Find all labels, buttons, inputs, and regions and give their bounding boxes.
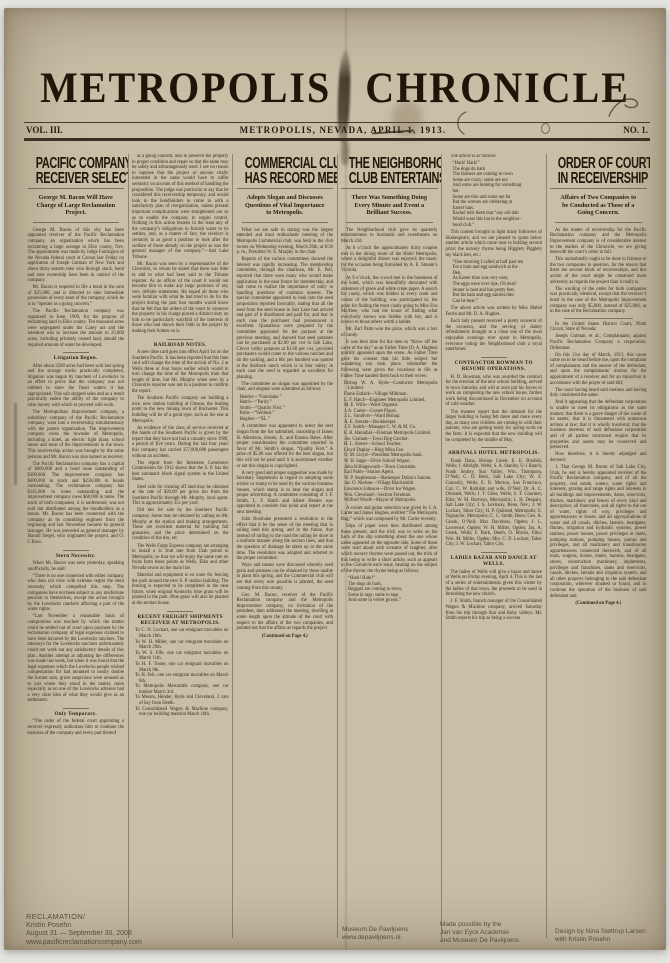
poem-line: hood club.”: [446, 223, 543, 229]
body-paragraph: A committee was appointed to select the …: [237, 424, 334, 469]
body-paragraph: The Pacific Reclamation company was orga…: [28, 309, 125, 348]
body-paragraph: A very good and proper suggestion was ma…: [237, 471, 334, 516]
body-paragraph: Old ties for sale by the Southern Pacifi…: [132, 508, 229, 542]
headline-line: IN RECEIVERSHIP: [558, 168, 639, 186]
exhibition-title: RECLAMATION/: [26, 913, 142, 922]
body-paragraph: As the matter of receivership for the Pa…: [550, 228, 647, 256]
list-item: To H. F. Toone, one car emigrant movable…: [132, 662, 229, 673]
poem-line: And some in velvet gowns.”: [341, 598, 438, 604]
list-item: To W. S. Fife, one car emigrant movables…: [132, 651, 229, 662]
masthead-title: METROPOLIS CHRONICLE: [4, 64, 666, 112]
body-paragraph: The Neighborhood club gave its quarterly…: [341, 228, 438, 245]
body-paragraph: Mr. Bacon was seen by a representative o…: [132, 262, 229, 335]
body-paragraph: Reports of the various committees showed…: [237, 257, 334, 380]
body-paragraph: H. D. Bowman, who was awarded the contra…: [446, 375, 543, 409]
credit-design: Design by Nina Støttrup Larsen with Kris…: [555, 928, 646, 944]
article-headline: ORDER OF COURTIN RECEIVERSHIP: [550, 154, 647, 189]
article-headline: THE NEIGHBORHOODCLUB ENTERTAINS: [341, 154, 438, 189]
article-subhead: Affairs of Two Companies to be Conducted…: [555, 193, 642, 223]
co-designer-name: with Kristin Posehn: [555, 936, 646, 944]
poem-line: Can be beat.”: [446, 299, 543, 305]
body-paragraph: as a going concern; also to preserve the…: [132, 154, 229, 260]
dateline-bar: VOL. III. METROPOLIS, NEVADA, APRIL 1, 1…: [24, 122, 650, 141]
volume-label: VOL. III.: [26, 125, 63, 135]
issue-label: NO. 1.: [623, 125, 648, 135]
news-column-6: ORDER OF COURTIN RECEIVERSHIPAffairs of …: [546, 154, 651, 938]
headline-line: RECEIVER SELECTED: [35, 168, 116, 186]
article-headline: PACIFIC COMPANYRECEIVER SELECTED: [28, 154, 125, 189]
list-item: To Metropolis Mercantile company, one ca…: [132, 684, 229, 695]
article-subhead: Adopts Slogan and Discusses Questions of…: [242, 193, 329, 223]
museum-name: Museum De Paviljoens: [342, 926, 408, 934]
body-paragraph: Mr. Bacon is required to file a bond in …: [28, 285, 125, 307]
body-paragraph: Ways and means were discussed whereby se…: [237, 563, 334, 591]
margin-pen-mark: [14, 403, 17, 485]
list-item: Bishop W. A. Hyde—Conductor Metropolis L…: [341, 381, 438, 392]
body-paragraph: A cornet and guitar selection was given …: [341, 506, 438, 523]
body-paragraph: Steel rails for clearing off land may be…: [132, 485, 229, 507]
academie-name: Jan van Eyck Academie: [440, 929, 519, 937]
exhibition-dates: August 31 — September 30, 2008: [26, 930, 142, 939]
columns: PACIFIC COMPANYRECEIVER SELECTEDGeorge M…: [24, 154, 650, 938]
body-paragraph: Mr. Earl Palm won the prize, which was a…: [341, 327, 438, 338]
artist-name: Kristin Posehn: [26, 922, 142, 931]
dateline-text: METROPOLIS, NEVADA, APRIL 1, 1913.: [240, 125, 447, 135]
designer-name: Design by Nina Støttrup Larsen: [555, 928, 646, 936]
poem-lines: “One morning I called at half past tenFo…: [446, 260, 543, 305]
poem-lines: “Hark! Hark!”The dogs do barkThe farmers…: [446, 161, 543, 228]
list-item: To W. H. Miller, one car emigrant movabl…: [132, 640, 229, 651]
body-paragraph: 1. That George M. Bacon of Salt Lake Cit…: [550, 465, 647, 599]
article-headline: COMMERCIAL CLUBHAS RECORD MEET: [237, 154, 334, 189]
museum-url: www.depaviljoens.nl: [342, 934, 408, 942]
museum-name-2: and Museum De Paviljoens: [440, 937, 519, 945]
body-paragraph: Each lady present received a pretty souv…: [446, 319, 543, 353]
headline-line: HAS RECORD MEET: [244, 168, 325, 186]
continued-notice: (Continued on Page 4.): [237, 634, 334, 640]
body-paragraph: Geo. M. Bacon, receiver of the Pacific R…: [237, 593, 334, 632]
list-item: Hughes—“XL.”: [237, 417, 334, 423]
list-item: To Messrs, Hender, Hyde and Cleveland, 2…: [132, 695, 229, 706]
body-paragraph: After about 2500 acres had been sold las…: [28, 364, 125, 409]
article-subhead: George M. Bacon Will Have Charge of Larg…: [33, 193, 120, 223]
body-paragraph: The wording of the order for both compan…: [550, 287, 647, 315]
body-paragraph: John Bosshake presented a resolution to …: [237, 517, 334, 562]
newspaper-page: METROPOLIS CHRONICLE VOL. III. METROPOLI…: [4, 8, 666, 950]
body-paragraph: The report from the Interstate Commerce …: [132, 461, 229, 483]
body-paragraph: “There is no one connected with either c…: [28, 574, 125, 613]
list-item: To C. N. Lockart, one car emigrant movab…: [132, 628, 229, 639]
news-column-2: as a going concern; also to preserve the…: [128, 154, 233, 938]
list-item: Wilford Woolf—Mayor of Metropolis.: [341, 498, 438, 504]
section-heading: Stern Necessity.: [28, 550, 125, 559]
body-paragraph: It was then time for the men to “throw o…: [341, 340, 438, 379]
body-paragraph: The Southern Pacific company are buildin…: [132, 396, 229, 424]
continued-notice: (Continued on Page 4.): [550, 601, 647, 607]
body-paragraph: George M. Bacon of this city has been ap…: [28, 228, 125, 284]
made-possible-line: Made possible by the: [440, 921, 519, 929]
poem-lines: “Hark! Hark!”The dogs do bark,Beggars ar…: [341, 576, 438, 604]
body-paragraph: The Metropolitan Improvement company, a …: [28, 410, 125, 460]
body-paragraph: J. F. Smith, branch manager of the Conso…: [446, 599, 543, 621]
body-paragraph: The trustees report that the demand for …: [446, 410, 543, 444]
headline-line: CLUB ENTERTAINS: [349, 168, 430, 186]
body-paragraph: Frank Dana, Bishop Creek; E. E. Bredish,…: [446, 459, 543, 549]
news-column-3: COMMERCIAL CLUBHAS RECORD MEETAdopts Slo…: [232, 154, 337, 938]
section-heading: RECENT FREIGHT SHIPMENTS RECEIVED AT MET…: [132, 611, 229, 627]
section-heading: ARRIVALS HOTEL METROPOLIS.: [446, 447, 543, 456]
body-paragraph: Material and equipment is en route for f…: [132, 573, 229, 607]
body-paragraph: When Mr. Bacon was seen yesterday, speak…: [28, 561, 125, 572]
section-heading: Litigation Begun.: [28, 352, 125, 361]
list-item: E. R. Hannibal—Fireman Metropolis Limite…: [341, 431, 438, 437]
body-paragraph: Now therefore, it is hereby adjudged and…: [550, 452, 647, 463]
exhibition-url: www.pacificreclamationcompany.com: [26, 939, 142, 948]
body-paragraph: This undoubtedly ought to be done in fai…: [550, 257, 647, 285]
body-paragraph: What we are safe in stating was the larg…: [237, 228, 334, 256]
body-paragraph: At 8 o’clock the approximately thirty co…: [341, 246, 438, 274]
section-heading: CONTRACTOR BOWMAN TO RESUME OPERATIONS.: [446, 357, 543, 373]
divider-rule: [564, 318, 633, 319]
body-paragraph: Slips of paper were then distributed amo…: [341, 524, 438, 574]
credit-made-possible: Made possible by the Jan van Eyck Academ…: [440, 921, 519, 946]
body-paragraph: On this 21st day of March, 1913, this ca…: [550, 353, 647, 387]
screenshot-root: { "masthead": { "title": "METROPOLIS CHR…: [0, 0, 670, 963]
article-subhead: There Was Something Doing Every Minute a…: [346, 193, 433, 223]
body-paragraph: As evidence of the class of service rece…: [132, 426, 229, 460]
body-paragraph: Joseph Gutman, et al., Complainants, aga…: [550, 334, 647, 351]
list-item: To Consolidated Wagon & Machine company,…: [132, 707, 229, 718]
body-paragraph: At 9 o’clock, the crowd met in the basem…: [341, 276, 438, 326]
item-list: Hender—“Fairshake.”Hatch—“Parity.”Smith—…: [237, 395, 334, 423]
item-list: Bishop W. A. Hyde—Conductor Metropolis L…: [341, 381, 438, 504]
list-item: To H. Felt, one car emigrant movables on…: [132, 673, 229, 684]
credit-museum: Museum De Paviljoens www.depaviljoens.nl: [342, 926, 408, 942]
body-paragraph: The Pacific Reclamation company has a ca…: [28, 462, 125, 546]
credit-reclamation: RECLAMATION/ Kristin Posehn August 31 — …: [26, 913, 142, 947]
body-paragraph: The article is as follows:: [446, 154, 543, 160]
body-paragraph: “The order of the federal court appointi…: [28, 719, 125, 736]
body-paragraph: The Wells Fargo Express company are arra…: [132, 544, 229, 572]
item-list: To C. N. Lockart, one car emigrant movab…: [132, 628, 229, 718]
body-paragraph: The ladies of Wells will give a bazar an…: [446, 570, 543, 598]
section-heading: RAILROAD NOTES.: [132, 339, 229, 348]
news-column-5: The article is as follows:“Hark! Hark!”T…: [441, 154, 546, 938]
section-heading: Only Temporary.: [28, 708, 125, 717]
body-paragraph: In the United States District Court, Nin…: [550, 322, 647, 333]
body-paragraph: This contest brought to light many follo…: [446, 230, 543, 258]
body-paragraph: The above article was written by Miss Ma…: [446, 306, 543, 317]
body-paragraph: A new time card goes into effect April 1…: [132, 350, 229, 395]
body-paragraph: The committee on slogan was appointed by…: [237, 382, 334, 393]
news-column-1: PACIFIC COMPANYRECEIVER SELECTEDGeorge M…: [24, 154, 128, 938]
section-heading: LADIES BAZAR AND DANCE AT WELLS.: [446, 552, 543, 568]
body-paragraph: The court having heard said motions and …: [550, 388, 647, 399]
body-paragraph: “Last November a reasonable basis of com…: [28, 614, 125, 704]
body-paragraph: And it appearing that the defendant corp…: [550, 400, 647, 450]
news-column-4: THE NEIGHBORHOODCLUB ENTERTAINSThere Was…: [337, 154, 442, 938]
